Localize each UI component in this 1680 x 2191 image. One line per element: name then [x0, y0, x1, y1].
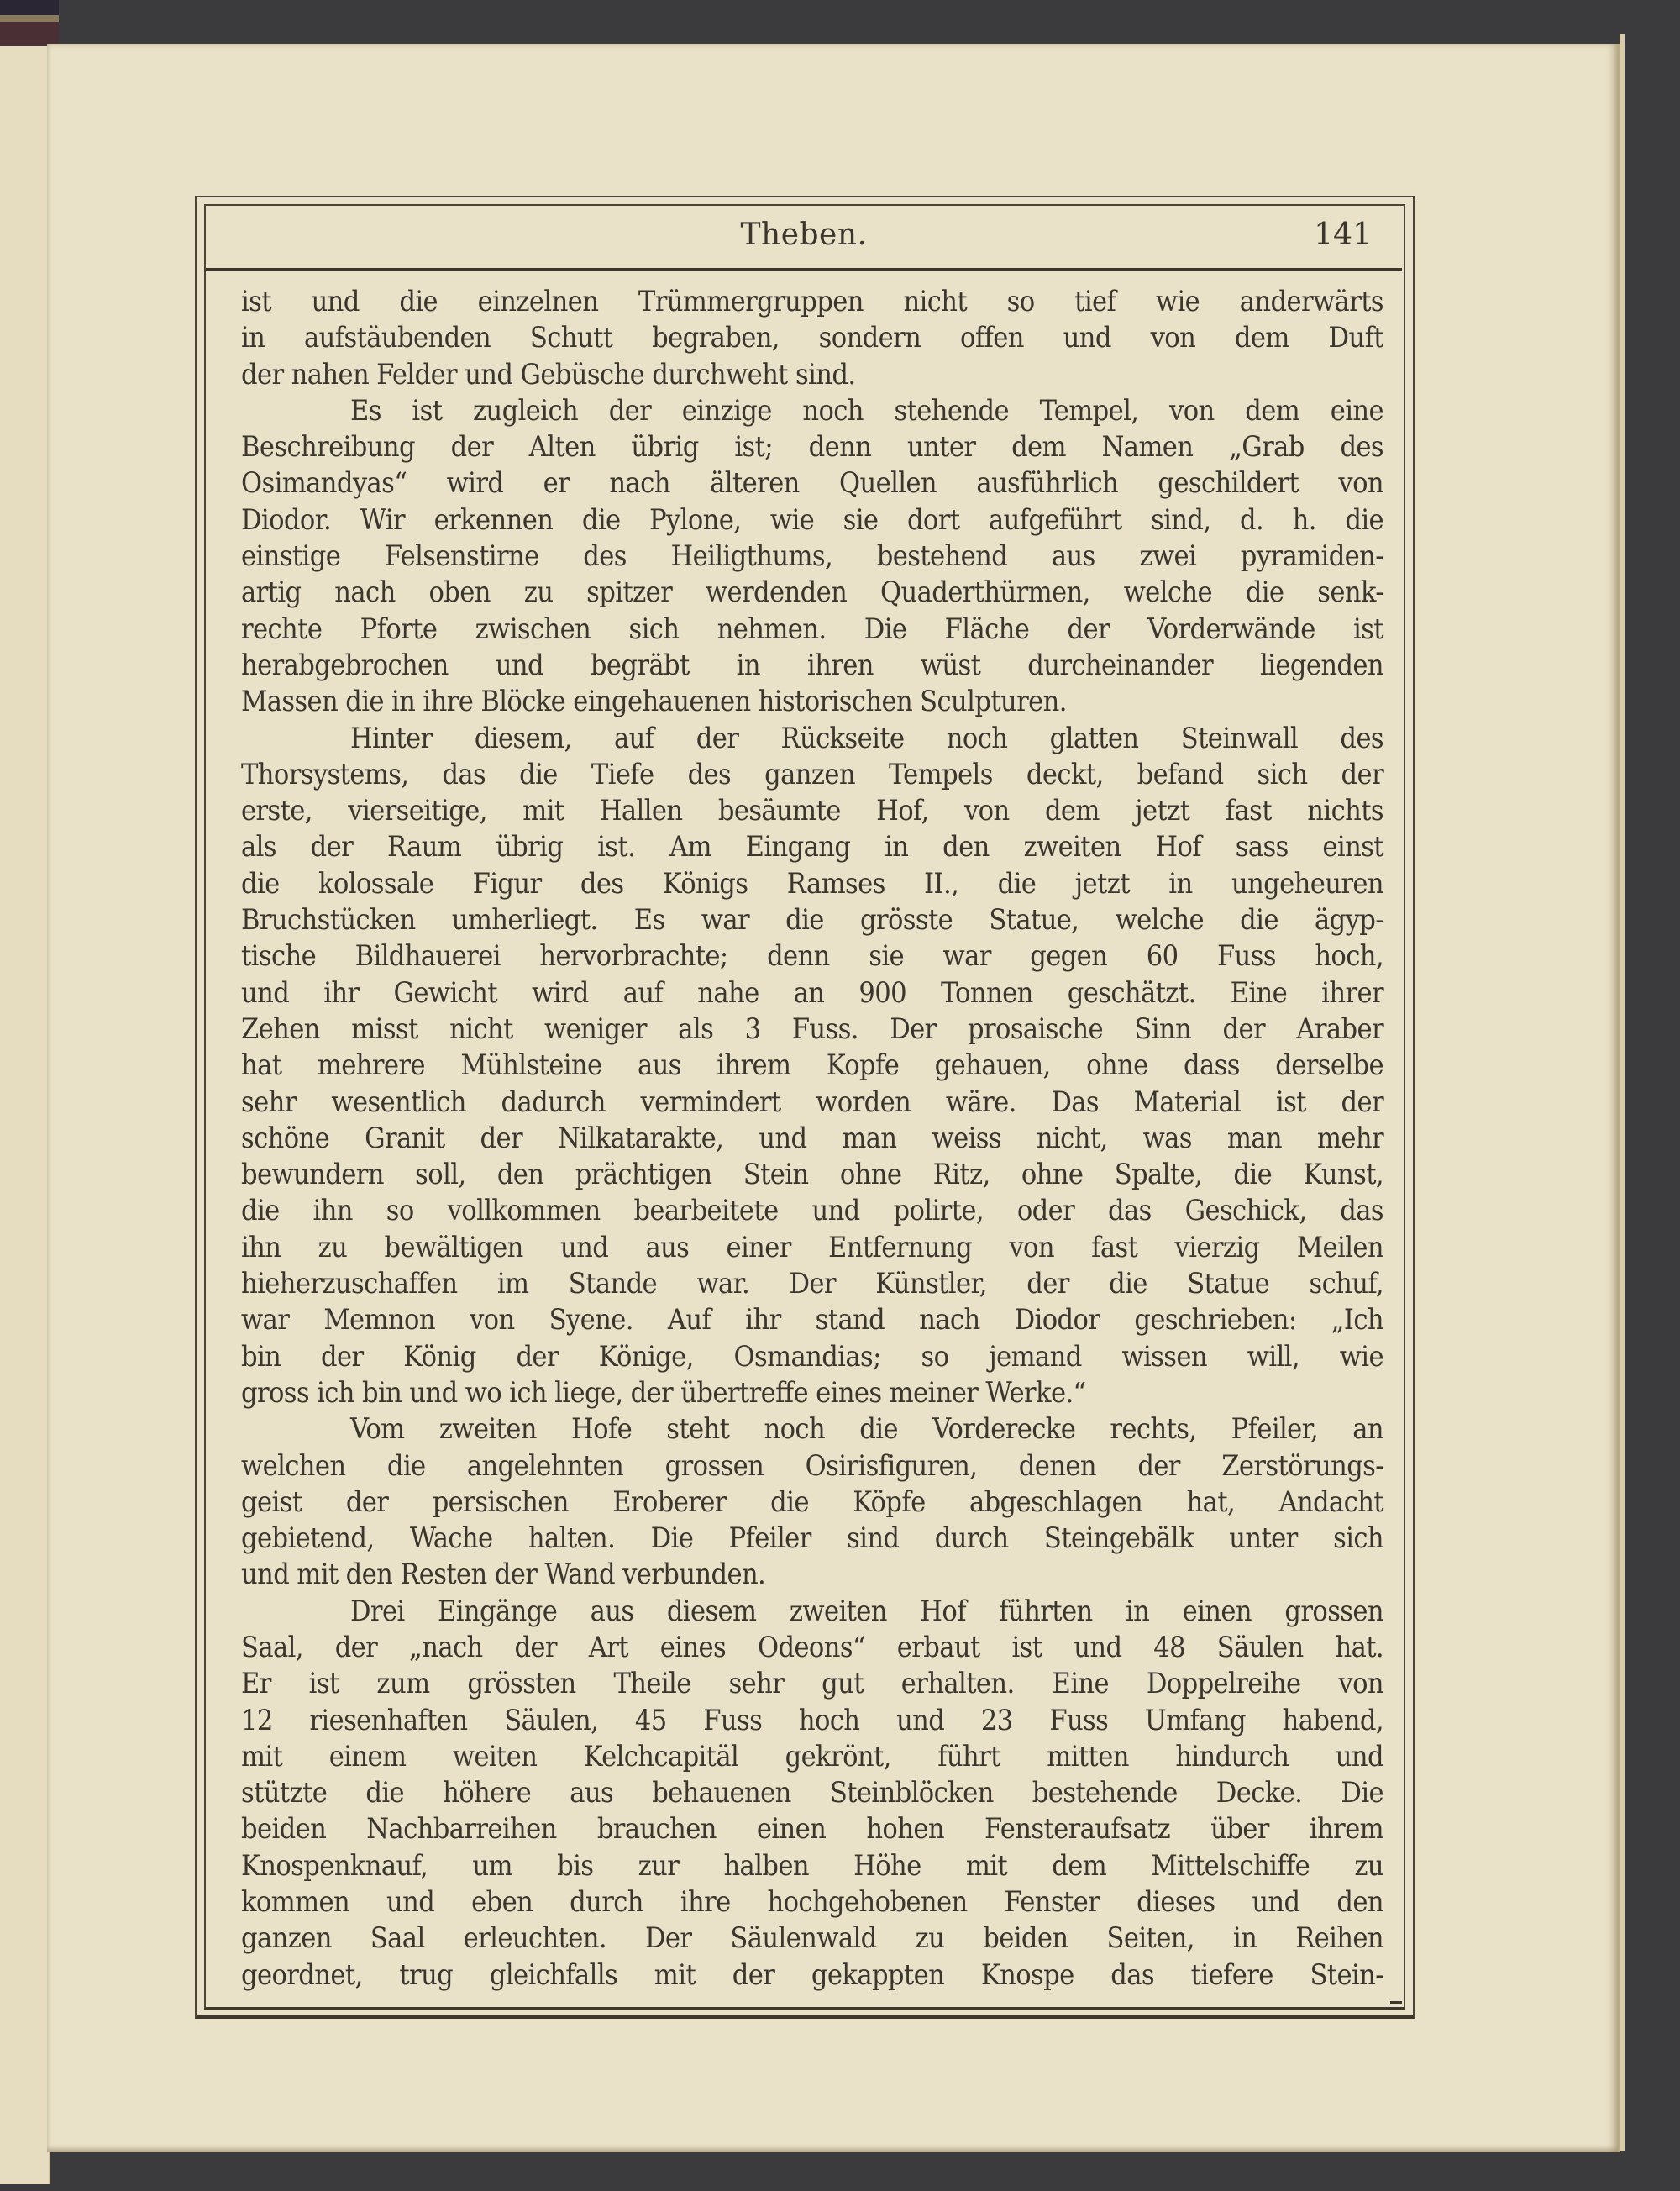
text-line: Er ist zum grössten Theile sehr gut erha… — [241, 1666, 1383, 1702]
text-line: Zehen misst nicht weniger als 3 Fuss. De… — [241, 1011, 1383, 1048]
text-line: Hinter diesem, auf der Rückseite noch gl… — [241, 721, 1383, 757]
paragraph: Hinter diesem, auf der Rückseite noch gl… — [241, 721, 1383, 1412]
text-line: und ihr Gewicht wird auf nahe an 900 Ton… — [241, 975, 1383, 1011]
text-line: ganzen Saal erleuchten. Der Säulenwald z… — [241, 1920, 1383, 1957]
text-line: ist und die einzelnen Trümmergruppen nic… — [241, 284, 1383, 320]
text-line: ihn zu bewältigen und aus einer Entfernu… — [241, 1230, 1383, 1266]
facing-page-edge — [0, 46, 50, 2184]
text-line: geist der persischen Eroberer die Köpfe … — [241, 1484, 1383, 1521]
text-line: gebietend, Wache halten. Die Pfeiler sin… — [241, 1521, 1383, 1557]
text-line: tische Bildhauerei hervorbrachte; denn s… — [241, 938, 1383, 975]
text-line: Knospenknauf, um bis zur halben Höhe mit… — [241, 1848, 1383, 1884]
page-number: 141 — [1314, 218, 1372, 252]
text-line: hieherzuschaffen im Stande war. Der Küns… — [241, 1266, 1383, 1302]
text-line: rechte Pforte zwischen sich nehmen. Die … — [241, 612, 1383, 648]
text-line: war Memnon von Syene. Auf ihr stand nach… — [241, 1302, 1383, 1338]
text-line: herabgebrochen und begräbt in ihren wüst… — [241, 648, 1383, 684]
text-line: schöne Granit der Nilkatarakte, und man … — [241, 1121, 1383, 1157]
text-line: Diodor. Wir erkennen die Pylone, wie sie… — [241, 502, 1383, 539]
text-line: Es ist zugleich der einzige noch stehend… — [241, 393, 1383, 429]
text-line: sehr wesentlich dadurch vermindert worde… — [241, 1085, 1383, 1121]
text-line: gross ich bin und wo ich liege, der über… — [241, 1375, 1383, 1411]
text-line: 12 riesenhaften Säulen, 45 Fuss hoch und… — [241, 1703, 1383, 1739]
text-line: bewundern soll, den prächtigen Stein ohn… — [241, 1157, 1383, 1193]
text-line: Beschreibung der Alten übrig ist; denn u… — [241, 429, 1383, 465]
page-header: Theben. 141 — [206, 206, 1402, 271]
text-line: stützte die höhere aus behauenen Steinbl… — [241, 1775, 1383, 1811]
text-line: Bruchstücken umherliegt. Es war die grös… — [241, 902, 1383, 938]
text-line: Drei Eingänge aus diesem zweiten Hof füh… — [241, 1594, 1383, 1630]
book-spine-band — [0, 0, 59, 46]
text-line: Thorsystems, das die Tiefe des ganzen Te… — [241, 757, 1383, 793]
paragraph: Drei Eingänge aus diesem zweiten Hof füh… — [241, 1594, 1383, 1994]
text-line: beiden Nachbarreihen brauchen einen hohe… — [241, 1811, 1383, 1847]
text-line: als der Raum übrig ist. Am Eingang in de… — [241, 829, 1383, 865]
paragraph: ist und die einzelnen Trümmergruppen nic… — [241, 284, 1383, 393]
text-line: der nahen Felder und Gebüsche durchweht … — [241, 357, 1383, 393]
text-line: kommen und eben durch ihre hochgehobenen… — [241, 1884, 1383, 1920]
text-line: einstige Felsenstirne des Heiligthums, b… — [241, 539, 1383, 575]
paragraph: Es ist zugleich der einzige noch stehend… — [241, 393, 1383, 721]
frame-tail-mark — [1390, 2001, 1402, 2004]
text-line: artig nach oben zu spitzer werdenden Qua… — [241, 575, 1383, 611]
text-line: hat mehrere Mühlsteine aus ihrem Kopfe g… — [241, 1048, 1383, 1084]
text-line: und mit den Resten der Wand verbunden. — [241, 1557, 1383, 1593]
text-line: welchen die angelehnten grossen Osirisfi… — [241, 1448, 1383, 1484]
text-line: Saal, der „nach der Art eines Odeons“ er… — [241, 1630, 1383, 1666]
text-line: geordnet, trug gleichfalls mit der gekap… — [241, 1957, 1383, 1994]
text-line: Vom zweiten Hofe steht noch die Vorderec… — [241, 1411, 1383, 1448]
text-line: die kolossale Figur des Königs Ramses II… — [241, 866, 1383, 902]
text-line: bin der König der Könige, Osmandias; so … — [241, 1339, 1383, 1375]
body-text: ist und die einzelnen Trümmergruppen nic… — [241, 284, 1383, 1994]
text-line: Massen die in ihre Blöcke eingehauenen h… — [241, 684, 1383, 720]
text-line: mit einem weiten Kelchcapitäl gekrönt, f… — [241, 1739, 1383, 1775]
text-line: erste, vierseitige, mit Hallen besäumte … — [241, 793, 1383, 829]
text-line: Osimandyas“ wird er nach älteren Quellen… — [241, 465, 1383, 502]
text-line: in aufstäubenden Schutt begraben, sonder… — [241, 320, 1383, 356]
running-head: Theben. — [206, 218, 1402, 252]
text-line: die ihn so vollkommen bearbeitete und po… — [241, 1193, 1383, 1229]
paragraph: Vom zweiten Hofe steht noch die Vorderec… — [241, 1411, 1383, 1593]
